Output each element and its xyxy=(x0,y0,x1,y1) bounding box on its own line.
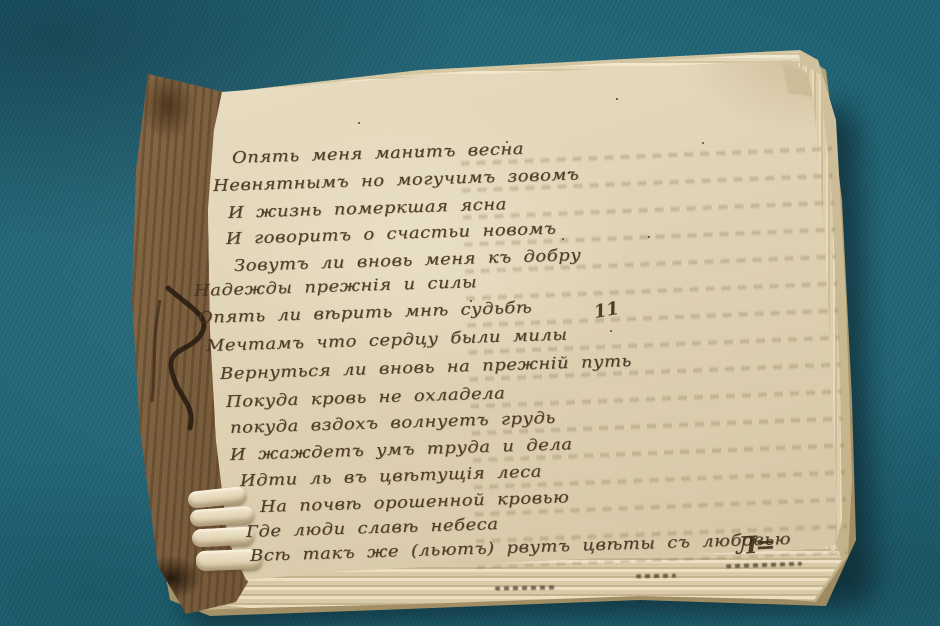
poem-line: Идти ль въ цвѣтущія леса xyxy=(240,464,542,489)
poem-line: Опять ли вѣрить мнѣ судьбѣ xyxy=(198,300,533,326)
edge-writing-mark xyxy=(636,574,676,579)
poem-text: Опять меня манитъ весна Невнятнымъ но мо… xyxy=(0,0,940,626)
poem-line: И жизнь померкшая ясна xyxy=(228,196,507,221)
poem-line: Где люди славѣ небеса xyxy=(246,516,499,540)
poem-line: покуда вздохъ волнуетъ грудь xyxy=(230,410,556,436)
poem-line: Покуда кровь не охладела xyxy=(226,385,506,410)
poem-line: На почвѣ орошенной кровью xyxy=(260,489,570,515)
poem-line: И говоритъ о счастьи новомъ xyxy=(226,221,557,247)
poem-line: Мечтамъ что сердцу были милы xyxy=(206,327,568,354)
poem-line: Вернуться ли вновь на прежній путь xyxy=(220,353,632,382)
poem-line: Надежды прежнія и силы xyxy=(194,274,478,299)
margin-mark: 11 xyxy=(592,298,620,323)
poem-line: И жаждетъ умъ труда и дела xyxy=(230,436,573,463)
end-flourish: Л= xyxy=(735,529,774,560)
poem-line: Невнятнымъ но могучимъ зовомъ xyxy=(213,166,580,194)
poem-line: Опять меня манитъ весна xyxy=(232,141,524,166)
poem-line: Зовутъ ли вновь меня къ добру xyxy=(234,247,582,274)
photo-of-manuscript: Опять меня манитъ весна Невнятнымъ но мо… xyxy=(0,0,940,626)
